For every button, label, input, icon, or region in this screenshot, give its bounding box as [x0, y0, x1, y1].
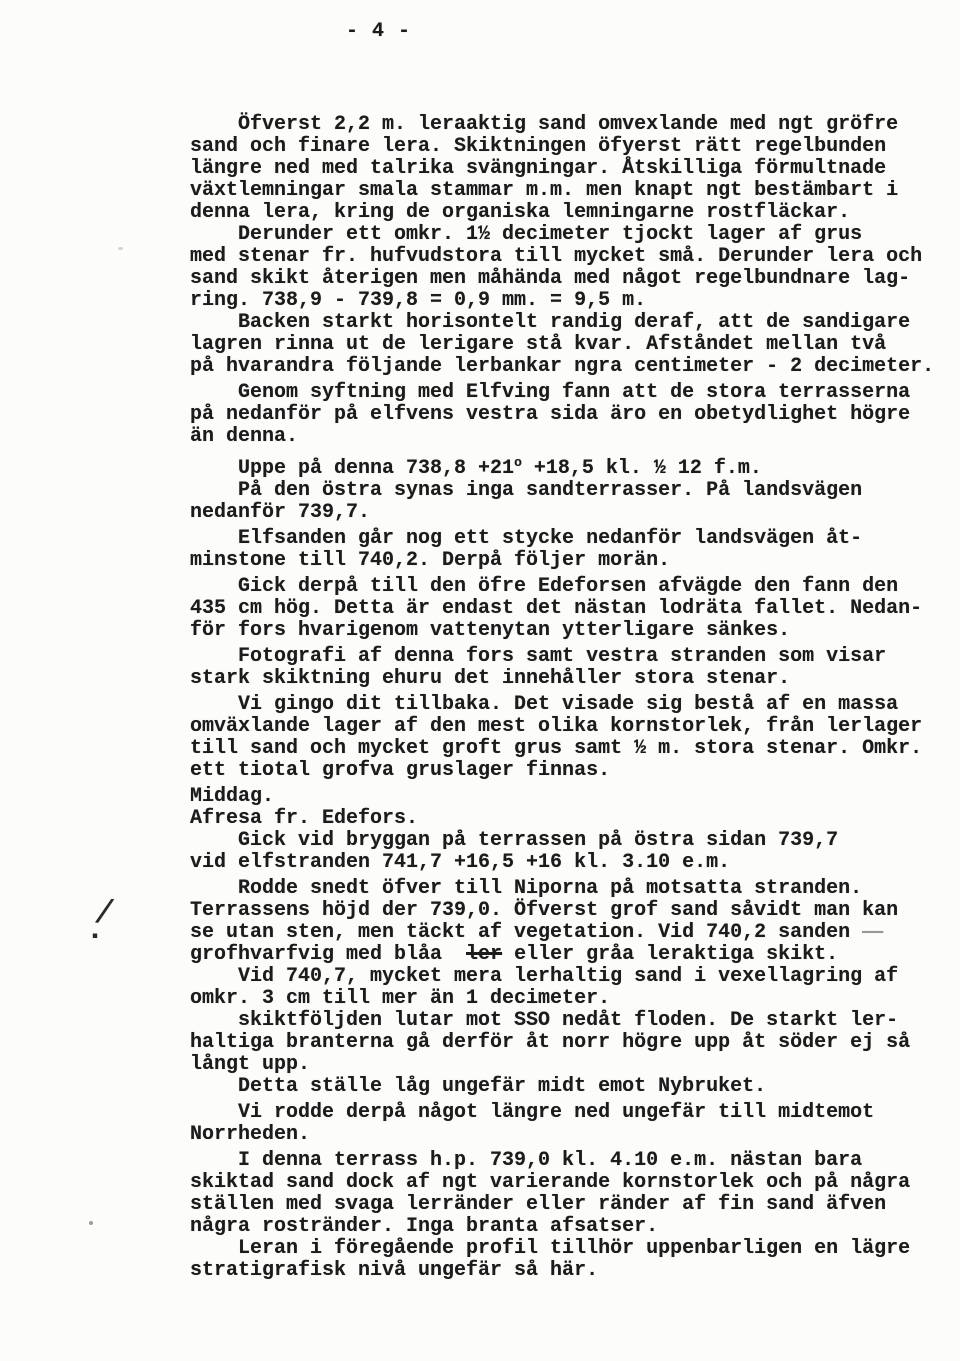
text-line: Vi gingo dit tillbaka. Det visade sig be… [190, 694, 934, 716]
text-segment: omkr. 3 cm till mer än 1 decimeter. [190, 987, 610, 1010]
text-segment: Uppe på denna 738,8 +21 [190, 457, 514, 480]
text-segment: stratigrafisk nivå ungefär så här. [190, 1259, 598, 1282]
text-segment: Terrassens höjd der 739,0. Öfverst grof … [190, 899, 898, 922]
text-line: på hvarandra följande lerbankar ngra cen… [190, 356, 934, 378]
text-segment: på nedanför på elfvens vestra sida äro e… [190, 403, 910, 426]
text-line: skiktföljden lutar mot SSO nedåt floden.… [190, 1010, 934, 1032]
text-line: stark skiktning ehuru det innehåller sto… [190, 668, 934, 690]
text-line: omväxlande lager af den mest olika korns… [190, 716, 934, 738]
text-segment: Fotografi af denna fors samt vestra stra… [190, 645, 886, 668]
text-segment: lagren rinna ut de lerigare stå kvar. Af… [190, 333, 886, 356]
text-line: Derunder ett omkr. 1½ decimeter tjockt l… [190, 224, 934, 246]
text-line: 435 cm hög. Detta är endast det nästan l… [190, 598, 934, 620]
faint-dash: —— [862, 921, 880, 944]
text-line: Terrassens höjd der 739,0. Öfverst grof … [190, 900, 934, 922]
text-segment: 435 cm hög. Detta är endast det nästan l… [190, 597, 922, 620]
text-line: Backen starkt horisontelt randig deraf, … [190, 312, 934, 334]
text-segment: Gick derpå till den öfre Edeforsen afväg… [190, 575, 898, 598]
text-segment: På den östra synas inga sandterrasser. P… [190, 479, 862, 502]
text-segment: växtlemningar smala stammar m.m. men kna… [190, 179, 898, 202]
text-line: Uppe på denna 738,8 +21o +18,5 kl. ½ 12 … [190, 452, 934, 480]
text-segment: Vid 740,7, mycket mera lerhaltig sand i … [190, 965, 898, 988]
text-line: grofhvarfvig med blåa ler eller gråa ler… [190, 944, 934, 966]
text-line: I denna terrass h.p. 739,0 kl. 4.10 e.m.… [190, 1150, 934, 1172]
text-segment: till sand och mycket groft grus samt ½ m… [190, 737, 922, 760]
text-segment: Elfsanden går nog ett stycke nedanför la… [190, 527, 862, 550]
text-segment: grofhvarfvig med blåa [190, 943, 466, 966]
text-line: Gick derpå till den öfre Edeforsen afväg… [190, 576, 934, 598]
struck-word: ler [466, 943, 502, 966]
paragraph: Fotografi af denna fors samt vestra stra… [190, 646, 934, 690]
text-line: sand och finare lera. Skiktningen öfyers… [190, 136, 934, 158]
text-line: Rodde snedt öfver till Niporna på motsat… [190, 878, 934, 900]
text-line: denna lera, kring de organiska lemningar… [190, 202, 934, 224]
text-segment: minstone till 740,2. Derpå följer morän. [190, 549, 670, 572]
text-line: ring. 738,9 - 739,8 = 0,9 mm. = 9,5 m. [190, 290, 934, 312]
text-segment: vid elfstranden 741,7 +16,5 +16 kl. 3.10… [190, 851, 730, 874]
text-segment: på hvarandra följande lerbankar ngra cen… [190, 355, 934, 378]
superscript-degree: o [514, 455, 522, 470]
text-segment: Vi gingo dit tillbaka. Det visade sig be… [190, 693, 898, 716]
text-line: skiktad sand dock af ngt varierande korn… [190, 1172, 934, 1194]
text-segment: sand skikt återigen men måhända med någo… [190, 267, 910, 290]
scan-speck [118, 247, 123, 250]
text-line: Vid 740,7, mycket mera lerhaltig sand i … [190, 966, 934, 988]
text-segment: Öfverst 2,2 m. leraaktig sand omvexlande… [190, 113, 898, 136]
text-segment: Middag. [190, 785, 274, 808]
text-line: På den östra synas inga sandterrasser. P… [190, 480, 934, 502]
text-line: lagren rinna ut de lerigare stå kvar. Af… [190, 334, 934, 356]
document-page: - 4 - / . Öfverst 2,2 m. leraaktig sand … [0, 0, 960, 1361]
text-line: Detta ställe låg ungefär midt emot Nybru… [190, 1076, 934, 1098]
paragraph: Vi gingo dit tillbaka. Det visade sig be… [190, 694, 934, 782]
paragraph: I denna terrass h.p. 739,0 kl. 4.10 e.m.… [190, 1150, 934, 1282]
text-segment: Backen starkt horisontelt randig deraf, … [190, 311, 910, 334]
text-segment: med stenar fr. hufvudstora till mycket s… [190, 245, 922, 268]
paragraph: Öfverst 2,2 m. leraaktig sand omvexlande… [190, 114, 934, 224]
paragraph: Elfsanden går nog ett stycke nedanför la… [190, 528, 934, 572]
text-segment: sand och finare lera. Skiktningen öfyers… [190, 135, 886, 158]
text-line: omkr. 3 cm till mer än 1 decimeter. [190, 988, 934, 1010]
text-segment: för fors hvarigenom vattenytan ytterliga… [190, 619, 790, 642]
text-segment: nedanför 739,7. [190, 501, 370, 524]
text-line: Gick vid bryggan på terrassen på östra s… [190, 830, 934, 852]
text-line: Vi rodde derpå något längre ned ungefär … [190, 1102, 934, 1124]
text-segment: se utan sten, men täckt af vegetation. V… [190, 921, 862, 944]
text-line: Norrheden. [190, 1124, 934, 1146]
text-block: Öfverst 2,2 m. leraaktig sand omvexlande… [190, 114, 934, 1282]
paragraph: Derunder ett omkr. 1½ decimeter tjockt l… [190, 224, 934, 378]
text-line: Fotografi af denna fors samt vestra stra… [190, 646, 934, 668]
margin-annotation-mark: / . [84, 896, 120, 952]
text-line: Öfverst 2,2 m. leraaktig sand omvexlande… [190, 114, 934, 136]
text-line: längre ned med talrika svängningar. Åtsk… [190, 158, 934, 180]
text-segment: haltiga branterna gå derför åt norr högr… [190, 1031, 910, 1054]
text-segment: Vi rodde derpå något längre ned ungefär … [190, 1101, 874, 1124]
scan-speck [89, 1221, 93, 1225]
slash-mark-dot: . [86, 914, 104, 948]
text-line: haltiga branterna gå derför åt norr högr… [190, 1032, 934, 1054]
text-segment: eller gråa leraktiga skikt. [502, 943, 838, 966]
text-line: med stenar fr. hufvudstora till mycket s… [190, 246, 934, 268]
text-segment: skiktad sand dock af ngt varierande korn… [190, 1171, 910, 1194]
text-segment: Rodde snedt öfver till Niporna på motsat… [190, 877, 862, 900]
text-segment: Gick vid bryggan på terrassen på östra s… [190, 829, 838, 852]
text-segment: +18,5 kl. ½ 12 f.m. [522, 457, 762, 480]
text-line: växtlemningar smala stammar m.m. men kna… [190, 180, 934, 202]
text-line: några rostränder. Inga branta afsatser. [190, 1216, 934, 1238]
text-line: sand skikt återigen men måhända med någo… [190, 268, 934, 290]
text-segment: stark skiktning ehuru det innehåller sto… [190, 667, 790, 690]
text-line: ett tiotal grofva gruslager finnas. [190, 760, 934, 782]
text-segment: ställen med svaga lerränder eller ränder… [190, 1193, 886, 1216]
text-line: Afresa fr. Edefors. [190, 808, 934, 830]
text-segment: långt upp. [190, 1053, 310, 1076]
text-line: minstone till 740,2. Derpå följer morän. [190, 550, 934, 572]
paragraph: Rodde snedt öfver till Niporna på motsat… [190, 878, 934, 1098]
text-line: långt upp. [190, 1054, 934, 1076]
text-segment: omväxlande lager af den mest olika korns… [190, 715, 922, 738]
text-line: Middag. [190, 786, 934, 808]
paragraph: Vi rodde derpå något längre ned ungefär … [190, 1102, 934, 1146]
text-line: för fors hvarigenom vattenytan ytterliga… [190, 620, 934, 642]
text-segment: några rostränder. Inga branta afsatser. [190, 1215, 658, 1238]
text-segment: längre ned med talrika svängningar. Åtsk… [190, 157, 886, 180]
text-segment: Genom syftning med Elfving fann att de s… [190, 381, 910, 404]
text-line: än denna. [190, 426, 934, 448]
text-segment: Afresa fr. Edefors. [190, 807, 418, 830]
text-segment: Leran i föregående profil tillhör uppenb… [190, 1237, 910, 1260]
paragraph: Gick derpå till den öfre Edeforsen afväg… [190, 576, 934, 642]
text-line: till sand och mycket groft grus samt ½ m… [190, 738, 934, 760]
text-line: ställen med svaga lerränder eller ränder… [190, 1194, 934, 1216]
text-segment: denna lera, kring de organiska lemningar… [190, 201, 850, 224]
text-segment: än denna. [190, 425, 298, 448]
text-line: Genom syftning med Elfving fann att de s… [190, 382, 934, 404]
page-number: - 4 - [346, 20, 411, 43]
paragraph: Uppe på denna 738,8 +21o +18,5 kl. ½ 12 … [190, 452, 934, 524]
text-line: nedanför 739,7. [190, 502, 934, 524]
text-line: stratigrafisk nivå ungefär så här. [190, 1260, 934, 1282]
text-line: på nedanför på elfvens vestra sida äro e… [190, 404, 934, 426]
text-segment: skiktföljden lutar mot SSO nedåt floden.… [190, 1009, 898, 1032]
text-segment: Detta ställe låg ungefär midt emot Nybru… [190, 1075, 766, 1098]
text-segment: Norrheden. [190, 1123, 310, 1146]
text-line: se utan sten, men täckt af vegetation. V… [190, 922, 934, 944]
paragraph: Middag.Afresa fr. Edefors. Gick vid bryg… [190, 786, 934, 874]
text-line: vid elfstranden 741,7 +16,5 +16 kl. 3.10… [190, 852, 934, 874]
text-line: Leran i föregående profil tillhör uppenb… [190, 1238, 934, 1260]
text-segment: ett tiotal grofva gruslager finnas. [190, 759, 610, 782]
text-segment: I denna terrass h.p. 739,0 kl. 4.10 e.m.… [190, 1149, 862, 1172]
text-line: Elfsanden går nog ett stycke nedanför la… [190, 528, 934, 550]
paragraph: Genom syftning med Elfving fann att de s… [190, 382, 934, 448]
text-segment: Derunder ett omkr. 1½ decimeter tjockt l… [190, 223, 862, 246]
text-segment: ring. 738,9 - 739,8 = 0,9 mm. = 9,5 m. [190, 289, 646, 312]
